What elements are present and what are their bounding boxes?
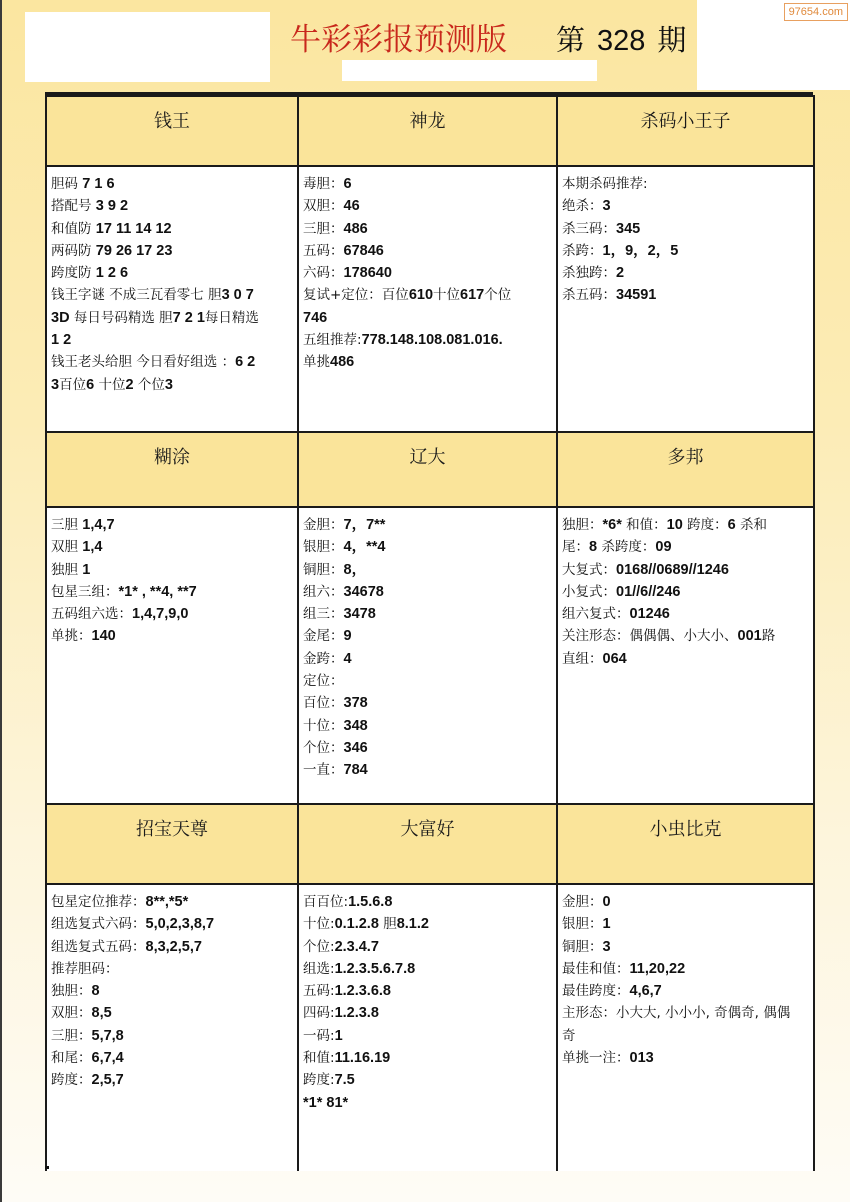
line-value: 346 bbox=[344, 740, 368, 756]
panel-line: 跨度防 1 2 6 bbox=[51, 262, 297, 284]
line-value: 2.3.4.7 bbox=[335, 939, 379, 955]
panel-line: 双胆 1,4 bbox=[51, 536, 297, 558]
line-value: 345 bbox=[616, 221, 640, 237]
line-label: 银胆： bbox=[562, 916, 603, 932]
panel-head-5: 多邦 bbox=[557, 432, 814, 507]
line-label: 双胆 bbox=[51, 539, 82, 555]
panel-line: 组选复式六码：5,0,2,3,8,7 bbox=[51, 913, 297, 935]
panel-line: 搭配号 3 9 2 bbox=[51, 195, 297, 217]
line-label: 每日精选 bbox=[205, 310, 259, 326]
panel-line: 个位:2.3.4.7 bbox=[303, 936, 556, 958]
line-value: 001 bbox=[738, 628, 762, 644]
panel-body: 胆码 7 1 6搭配号 3 9 2和值防 17 11 14 12两码防 79 2… bbox=[46, 166, 298, 432]
prediction-grid: 钱王 神龙 杀码小王子 胆码 7 1 6搭配号 3 9 2和值防 17 11 1… bbox=[45, 92, 813, 1171]
panel-line: 金跨：4 bbox=[303, 648, 556, 670]
panel-head-0: 钱王 bbox=[46, 96, 298, 166]
panel-line: 五组推荐:778.148.108.081.016. bbox=[303, 329, 556, 351]
line-value: 67846 bbox=[344, 243, 384, 259]
panel-line: 独胆：8 bbox=[51, 980, 297, 1002]
table-corner-mark bbox=[45, 1166, 49, 1169]
line-value: 6 bbox=[344, 176, 352, 192]
panel-line: 五码：67846 bbox=[303, 240, 556, 262]
panel-line: 个位：346 bbox=[303, 737, 556, 759]
panel-line: 毒胆：6 bbox=[303, 173, 556, 195]
line-label: 组三： bbox=[303, 606, 344, 622]
panel-line: 一码:1 bbox=[303, 1025, 556, 1047]
panel-line: 六码：178640 bbox=[303, 262, 556, 284]
panel-line: 铜胆：3 bbox=[562, 936, 813, 958]
line-value: 0.1.2.8 bbox=[335, 916, 379, 932]
line-label: 最佳跨度： bbox=[562, 983, 630, 999]
line-value: 9 bbox=[344, 628, 352, 644]
logo-placeholder bbox=[25, 12, 270, 82]
line-value: 013 bbox=[630, 1050, 654, 1066]
issue-label: 第328期 bbox=[556, 18, 686, 59]
line-value: 1,4,7,9,0 bbox=[132, 606, 188, 622]
panel-line: 银胆：1 bbox=[562, 913, 813, 935]
line-value: 8 bbox=[589, 539, 597, 555]
line-label: 跨度: bbox=[303, 1072, 335, 1088]
line-value: 6 bbox=[728, 517, 736, 533]
line-value: 1 bbox=[603, 916, 611, 932]
panel-line: 包星定位推荐：8**,*5* bbox=[51, 891, 297, 913]
panel-head-2: 杀码小王子 bbox=[557, 96, 814, 166]
line-label: 推荐胆码： bbox=[51, 961, 119, 977]
panel-line: 组选:1.2.3.5.6.7.8 bbox=[303, 958, 556, 980]
panel-head-7: 大富好 bbox=[298, 804, 557, 884]
line-value: 746 bbox=[303, 310, 327, 326]
panel-line: 大复式：0168//0689//1246 bbox=[562, 559, 813, 581]
line-value: 2 bbox=[616, 265, 624, 281]
line-value: 1.2.3.6.8 bbox=[335, 983, 391, 999]
line-value: 7.5 bbox=[335, 1072, 355, 1088]
line-value: 8.1.2 bbox=[397, 916, 429, 932]
panel-line: 746 bbox=[303, 307, 556, 329]
line-label: 定位： bbox=[303, 673, 344, 689]
panel-line: 奇 bbox=[562, 1025, 813, 1047]
panel-line: 绝杀：3 bbox=[562, 195, 813, 217]
line-value: 5,7,8 bbox=[92, 1028, 124, 1044]
panel-body: 包星定位推荐：8**,*5*组选复式六码：5,0,2,3,8,7组选复式五码：8… bbox=[46, 884, 298, 1171]
line-value: 7 2 1 bbox=[173, 310, 205, 326]
line-value: 7，7** bbox=[344, 517, 386, 533]
line-value: 34591 bbox=[616, 287, 656, 303]
line-value: 1.5.6.8 bbox=[348, 894, 392, 910]
panel-line: 银胆：4，**4 bbox=[303, 536, 556, 558]
issue-suffix: 期 bbox=[657, 23, 686, 57]
panel-line: 主形态：小大大, 小小小, 奇偶奇, 偶偶 bbox=[562, 1002, 813, 1024]
panel-line: 最佳跨度：4,6,7 bbox=[562, 980, 813, 1002]
line-label: 单挑： bbox=[51, 628, 92, 644]
line-value: 8**,*5* bbox=[146, 894, 189, 910]
panel-line: 复试+定位：百位610十位617个位 bbox=[303, 284, 556, 306]
panel-line: 小复式：01//6//246 bbox=[562, 581, 813, 603]
line-label: 组选复式五码： bbox=[51, 939, 146, 955]
line-value: 01246 bbox=[630, 606, 670, 622]
panel-line: 本期杀码推荐: bbox=[562, 173, 813, 195]
panel-line: 定位： bbox=[303, 670, 556, 692]
panel-line: 最佳和值：11,20,22 bbox=[562, 958, 813, 980]
panel-head-3: 糊涂 bbox=[46, 432, 298, 507]
panel-line: 四码:1.2.3.8 bbox=[303, 1002, 556, 1024]
panel-line: 直组：064 bbox=[562, 648, 813, 670]
line-label: 组六复式： bbox=[562, 606, 630, 622]
line-label: 和尾： bbox=[51, 1050, 92, 1066]
panel-line: 三胆 1,4,7 bbox=[51, 514, 297, 536]
line-label: 小复式： bbox=[562, 584, 616, 600]
panel-line: 百位：378 bbox=[303, 692, 556, 714]
line-label: 三胆： bbox=[303, 221, 344, 237]
line-label: 主形态：小大大, 小小小, 奇偶奇, 偶偶 bbox=[562, 1005, 790, 1021]
line-label: 十位： bbox=[303, 718, 344, 734]
line-value: 064 bbox=[603, 651, 627, 667]
line-value: 0 bbox=[603, 894, 611, 910]
panel-line: *1* 81* bbox=[303, 1092, 556, 1114]
panel-head-8: 小虫比克 bbox=[557, 804, 814, 884]
panel-line: 杀三码：345 bbox=[562, 218, 813, 240]
line-value: 3478 bbox=[344, 606, 376, 622]
line-label: 搭配号 bbox=[51, 198, 96, 214]
line-label: 个位 bbox=[134, 377, 165, 393]
panel-line: 三胆：5,7,8 bbox=[51, 1025, 297, 1047]
line-value: 5,0,2,3,8,7 bbox=[146, 916, 215, 932]
line-label: 单挑一注： bbox=[562, 1050, 630, 1066]
line-label: 跨度防 bbox=[51, 265, 96, 281]
line-label: 跨度： bbox=[683, 517, 728, 533]
line-label: 复试+定位：百位 bbox=[303, 287, 409, 303]
panel-body: 三胆 1,4,7双胆 1,4独胆 1包星三组：*1* , **4, **7五码组… bbox=[46, 507, 298, 804]
line-label: 奇 bbox=[562, 1028, 576, 1044]
panel-line: 和值防 17 11 14 12 bbox=[51, 218, 297, 240]
line-value: 348 bbox=[344, 718, 368, 734]
panel-body: 金胆：7，7**银胆：4，**4铜胆：8，组六：34678组三：3478金尾：9… bbox=[298, 507, 557, 804]
line-value: 617 bbox=[460, 287, 484, 303]
line-label: 五码组六选： bbox=[51, 606, 132, 622]
line-value: 178640 bbox=[344, 265, 392, 281]
line-label: 包星三组： bbox=[51, 584, 119, 600]
panel-line: 金胆：7，7** bbox=[303, 514, 556, 536]
line-label: 铜胆： bbox=[303, 562, 344, 578]
panel-line: 和尾：6,7,4 bbox=[51, 1047, 297, 1069]
subtitle-placeholder bbox=[342, 60, 597, 81]
line-label: 双胆： bbox=[51, 1005, 92, 1021]
line-value: 486 bbox=[344, 221, 368, 237]
line-label: 钱王老头给胆 今日看好组选 ： bbox=[51, 354, 235, 370]
panel-line: 单挑一注：013 bbox=[562, 1047, 813, 1069]
panel-line: 双胆：46 bbox=[303, 195, 556, 217]
panel-line: 杀跨：1，9，2，5 bbox=[562, 240, 813, 262]
line-label: 三胆： bbox=[51, 1028, 92, 1044]
line-label: 和值： bbox=[622, 517, 667, 533]
panel-line: 五码组六选：1,4,7,9,0 bbox=[51, 603, 297, 625]
panel-line: 独胆 1 bbox=[51, 559, 297, 581]
line-value: 3 9 2 bbox=[96, 198, 128, 214]
line-label: 杀和 bbox=[736, 517, 767, 533]
line-label: 一码: bbox=[303, 1028, 335, 1044]
line-value: 378 bbox=[344, 695, 368, 711]
line-label: 杀跨： bbox=[562, 243, 603, 259]
panel-line: 组六复式：01246 bbox=[562, 603, 813, 625]
panel-line: 杀五码：34591 bbox=[562, 284, 813, 306]
line-label: 银胆： bbox=[303, 539, 344, 555]
line-value: 0168//0689//1246 bbox=[616, 562, 729, 578]
panel-line: 两码防 79 26 17 23 bbox=[51, 240, 297, 262]
line-label: 四码: bbox=[303, 1005, 335, 1021]
line-value: 3D bbox=[51, 310, 70, 326]
line-value: 4,6,7 bbox=[630, 983, 662, 999]
line-value: 1,4,7 bbox=[82, 517, 114, 533]
line-value: *1* 81* bbox=[303, 1095, 348, 1111]
panel-body: 百百位:1.5.6.8十位:0.1.2.8 胆8.1.2个位:2.3.4.7组选… bbox=[298, 884, 557, 1171]
panel-body: 金胆：0银胆：1铜胆：3最佳和值：11,20,22最佳跨度：4,6,7主形态：小… bbox=[557, 884, 814, 1171]
line-value: 1.2.3.8 bbox=[335, 1005, 379, 1021]
line-value: 3 bbox=[51, 377, 59, 393]
panel-body: 本期杀码推荐:绝杀：3杀三码：345杀跨：1，9，2，5杀独跨：2杀五码：345… bbox=[557, 166, 814, 432]
line-label: 百百位: bbox=[303, 894, 348, 910]
line-value: 1 2 bbox=[51, 332, 71, 348]
line-value: *6* bbox=[603, 517, 622, 533]
line-label: 大复式： bbox=[562, 562, 616, 578]
panel-line: 跨度:7.5 bbox=[303, 1069, 556, 1091]
line-value: 778.148.108.081.016. bbox=[362, 332, 503, 348]
line-value: 3 0 7 bbox=[222, 287, 254, 303]
panel-line: 三胆：486 bbox=[303, 218, 556, 240]
panel-head-4: 辽大 bbox=[298, 432, 557, 507]
line-value: 11,20,22 bbox=[630, 961, 686, 977]
line-label: 单挑 bbox=[303, 354, 330, 370]
line-value: 8 bbox=[92, 983, 100, 999]
line-value: 7 1 6 bbox=[82, 176, 114, 192]
line-label: 杀五码： bbox=[562, 287, 616, 303]
panel-line: 十位：348 bbox=[303, 715, 556, 737]
line-value: 46 bbox=[344, 198, 360, 214]
line-label: 十位: bbox=[303, 916, 335, 932]
line-value: *1* , **4, **7 bbox=[119, 584, 197, 600]
panel-line: 单挑：140 bbox=[51, 625, 297, 647]
line-label: 组选: bbox=[303, 961, 335, 977]
panel-line: 组三：3478 bbox=[303, 603, 556, 625]
line-label: 铜胆： bbox=[562, 939, 603, 955]
line-value: 01//6//246 bbox=[616, 584, 681, 600]
page-left-border bbox=[0, 0, 2, 1202]
line-label: 钱王字谜 不成三瓦看零七 胆 bbox=[51, 287, 222, 303]
line-label: 尾： bbox=[562, 539, 589, 555]
line-value: 3 bbox=[165, 377, 173, 393]
line-value: 1 bbox=[82, 562, 90, 578]
line-label: 杀独跨： bbox=[562, 265, 616, 281]
line-label: 个位 bbox=[484, 287, 511, 303]
line-label: 五码： bbox=[303, 243, 344, 259]
panel-line: 五码:1.2.3.6.8 bbox=[303, 980, 556, 1002]
panel-line: 组六：34678 bbox=[303, 581, 556, 603]
panel-line: 3D 每日号码精选 胆7 2 1每日精选 bbox=[51, 307, 297, 329]
panel-line: 1 2 bbox=[51, 329, 297, 351]
line-label: 绝杀： bbox=[562, 198, 603, 214]
panel-line: 胆码 7 1 6 bbox=[51, 173, 297, 195]
panel-line: 一直：784 bbox=[303, 759, 556, 781]
panel-line: 尾：8 杀跨度：09 bbox=[562, 536, 813, 558]
line-label: 杀跨度： bbox=[597, 539, 655, 555]
line-label: 五组推荐: bbox=[303, 332, 362, 348]
panel-body: 独胆：*6* 和值：10 跨度：6 杀和尾：8 杀跨度：09大复式：0168//… bbox=[557, 507, 814, 804]
panel-line: 跨度：2,5,7 bbox=[51, 1069, 297, 1091]
panel-line: 杀独跨：2 bbox=[562, 262, 813, 284]
line-value: 2,5,7 bbox=[92, 1072, 124, 1088]
line-label: 每日号码精选 胆 bbox=[70, 310, 173, 326]
panel-line: 金尾：9 bbox=[303, 625, 556, 647]
page-title: 牛彩彩报预测版 bbox=[290, 14, 507, 59]
line-label: 独胆 bbox=[51, 562, 82, 578]
line-label: 组选复式六码： bbox=[51, 916, 146, 932]
line-value: 34678 bbox=[344, 584, 384, 600]
line-value: 2 bbox=[125, 377, 133, 393]
line-label: 杀三码： bbox=[562, 221, 616, 237]
line-value: 610 bbox=[409, 287, 433, 303]
line-value: 4，**4 bbox=[344, 539, 386, 555]
line-label: 胆 bbox=[379, 916, 397, 932]
line-value: 1 2 6 bbox=[96, 265, 128, 281]
line-value: 140 bbox=[92, 628, 116, 644]
line-value: 11.16.19 bbox=[335, 1050, 391, 1066]
line-label: 一直： bbox=[303, 762, 344, 778]
line-label: 两码防 bbox=[51, 243, 96, 259]
watermark-link[interactable]: 97654.com bbox=[784, 3, 848, 21]
line-label: 直组： bbox=[562, 651, 603, 667]
panel-line: 钱王老头给胆 今日看好组选 ：6 2 bbox=[51, 351, 297, 373]
line-value: 09 bbox=[655, 539, 671, 555]
line-value: 486 bbox=[330, 354, 354, 370]
line-label: 双胆： bbox=[303, 198, 344, 214]
panel-line: 钱王字谜 不成三瓦看零七 胆3 0 7 bbox=[51, 284, 297, 306]
line-value: 1 bbox=[335, 1028, 343, 1044]
panel-head-6: 招宝天尊 bbox=[46, 804, 298, 884]
line-label: 最佳和值： bbox=[562, 961, 630, 977]
line-value: 6 2 bbox=[235, 354, 255, 370]
line-label: 独胆： bbox=[51, 983, 92, 999]
line-value: 1，9，2，5 bbox=[603, 243, 679, 259]
line-value: 1,4 bbox=[82, 539, 102, 555]
line-label: 组六： bbox=[303, 584, 344, 600]
line-value: 8,5 bbox=[92, 1005, 112, 1021]
line-value: 6 bbox=[86, 377, 94, 393]
panel-line: 百百位:1.5.6.8 bbox=[303, 891, 556, 913]
issue-number: 328 bbox=[597, 25, 645, 57]
line-label: 十位 bbox=[94, 377, 125, 393]
panel-line: 组选复式五码：8,3,2,5,7 bbox=[51, 936, 297, 958]
line-label: 胆码 bbox=[51, 176, 82, 192]
line-value: 8， bbox=[344, 562, 367, 578]
line-label: 五码: bbox=[303, 983, 335, 999]
panel-head-1: 神龙 bbox=[298, 96, 557, 166]
line-label: 百位 bbox=[59, 377, 86, 393]
line-value: 6,7,4 bbox=[92, 1050, 124, 1066]
line-label: 关注形态：偶偶偶、小大小、 bbox=[562, 628, 738, 644]
line-label: 金胆： bbox=[562, 894, 603, 910]
line-label: 三胆 bbox=[51, 517, 82, 533]
line-label: 百位： bbox=[303, 695, 344, 711]
line-label: 毒胆： bbox=[303, 176, 344, 192]
panel-line: 铜胆：8， bbox=[303, 559, 556, 581]
line-label: 包星定位推荐： bbox=[51, 894, 146, 910]
line-value: 79 26 17 23 bbox=[96, 243, 173, 259]
line-value: 17 11 14 12 bbox=[96, 221, 172, 237]
line-value: 8,3,2,5,7 bbox=[146, 939, 202, 955]
line-value: 784 bbox=[344, 762, 368, 778]
panel-line: 金胆：0 bbox=[562, 891, 813, 913]
panel-line: 3百位6 十位2 个位3 bbox=[51, 374, 297, 396]
panel-line: 推荐胆码： bbox=[51, 958, 297, 980]
line-label: 金跨： bbox=[303, 651, 344, 667]
line-label: 跨度： bbox=[51, 1072, 92, 1088]
panel-line: 和值:11.16.19 bbox=[303, 1047, 556, 1069]
panel-line: 单挑486 bbox=[303, 351, 556, 373]
panel-line: 双胆：8,5 bbox=[51, 1002, 297, 1024]
line-label: 个位: bbox=[303, 939, 335, 955]
issue-prefix: 第 bbox=[556, 23, 585, 57]
panel-body: 毒胆：6双胆：46三胆：486五码：67846六码：178640复试+定位：百位… bbox=[298, 166, 557, 432]
line-value: 1.2.3.5.6.7.8 bbox=[335, 961, 416, 977]
line-value: 3 bbox=[603, 198, 611, 214]
line-label: 金尾： bbox=[303, 628, 344, 644]
line-label: 独胆： bbox=[562, 517, 603, 533]
line-label: 金胆： bbox=[303, 517, 344, 533]
panel-line: 独胆：*6* 和值：10 跨度：6 杀和 bbox=[562, 514, 813, 536]
line-label: 路 bbox=[762, 628, 776, 644]
line-label: 和值: bbox=[303, 1050, 335, 1066]
line-value: 10 bbox=[667, 517, 683, 533]
panel-line: 十位:0.1.2.8 胆8.1.2 bbox=[303, 913, 556, 935]
line-label: 十位 bbox=[433, 287, 460, 303]
line-value: 3 bbox=[603, 939, 611, 955]
line-label: 个位： bbox=[303, 740, 344, 756]
line-value: 4 bbox=[344, 651, 352, 667]
panel-line: 关注形态：偶偶偶、小大小、001路 bbox=[562, 625, 813, 647]
line-label: 本期杀码推荐: bbox=[562, 176, 648, 192]
line-label: 和值防 bbox=[51, 221, 96, 237]
panel-line: 包星三组：*1* , **4, **7 bbox=[51, 581, 297, 603]
line-label: 六码： bbox=[303, 265, 344, 281]
